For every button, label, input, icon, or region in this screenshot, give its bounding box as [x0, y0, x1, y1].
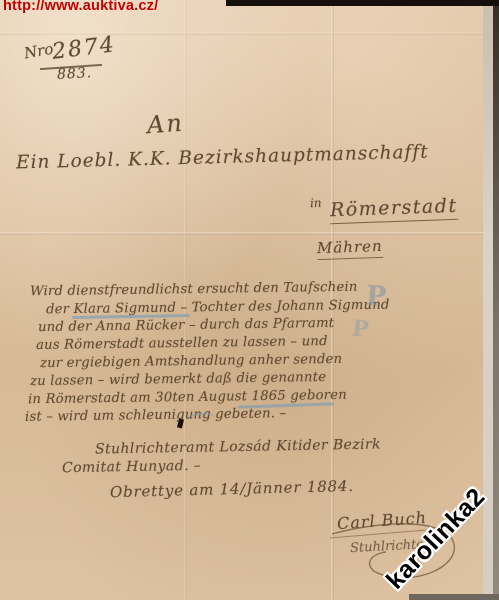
- paper-edge: [483, 0, 493, 600]
- pencil-p-mark: P: [365, 280, 387, 312]
- body-line: der Klara Sigmund – Tochter des Johann S…: [46, 298, 390, 318]
- recipient-line: Ein Loebl. K.K. Bezirkshauptmanschafft: [16, 142, 429, 174]
- place-prefix: in: [310, 196, 322, 211]
- auction-url-watermark: http://www.auktiva.cz/: [3, 0, 158, 14]
- file-number-label: Nro: [23, 40, 55, 63]
- scanned-letter-photo: http://www.auktiva.cz/ Nro 2874 883. An …: [0, 0, 499, 600]
- region-name-underlined: Mähren: [317, 237, 383, 260]
- place-name-underlined: Römerstadt: [330, 195, 458, 224]
- body-line: zur ergiebigen Amtshandlung anher senden: [40, 352, 342, 371]
- salutation: An: [146, 109, 185, 139]
- fold-crease-horizontal-top: [0, 32, 499, 35]
- fold-crease-horizontal-middle: [0, 232, 499, 235]
- body-line: aus Römerstadt ausstellen zu lassen – un…: [36, 334, 328, 353]
- body-line: Wird dienstfreundlichst ersucht den Tauf…: [30, 280, 358, 300]
- ink-blot: [177, 419, 184, 429]
- file-number-numerator: 2874: [51, 32, 118, 65]
- office-line: Stuhlrichteramt Lozsád Kitider Bezirk: [95, 437, 381, 458]
- office-line: Comitat Hunyad. –: [62, 458, 201, 476]
- file-number-denominator: 883.: [57, 65, 93, 83]
- scan-background-right: [493, 0, 499, 600]
- body-line: und der Anna Rücker – durch das Pfarramt: [38, 316, 334, 335]
- dateline: Obrettye am 14/Jänner 1884.: [110, 477, 354, 501]
- pencil-p-mark: P: [351, 315, 370, 343]
- body-line: zu lassen – wird bemerkt daß die genannt…: [30, 370, 326, 389]
- scan-background-top: [226, 0, 499, 6]
- body-line: ist – wird um schleunigung gebeten. –: [25, 406, 286, 425]
- scan-background-bottom-right: [409, 594, 499, 600]
